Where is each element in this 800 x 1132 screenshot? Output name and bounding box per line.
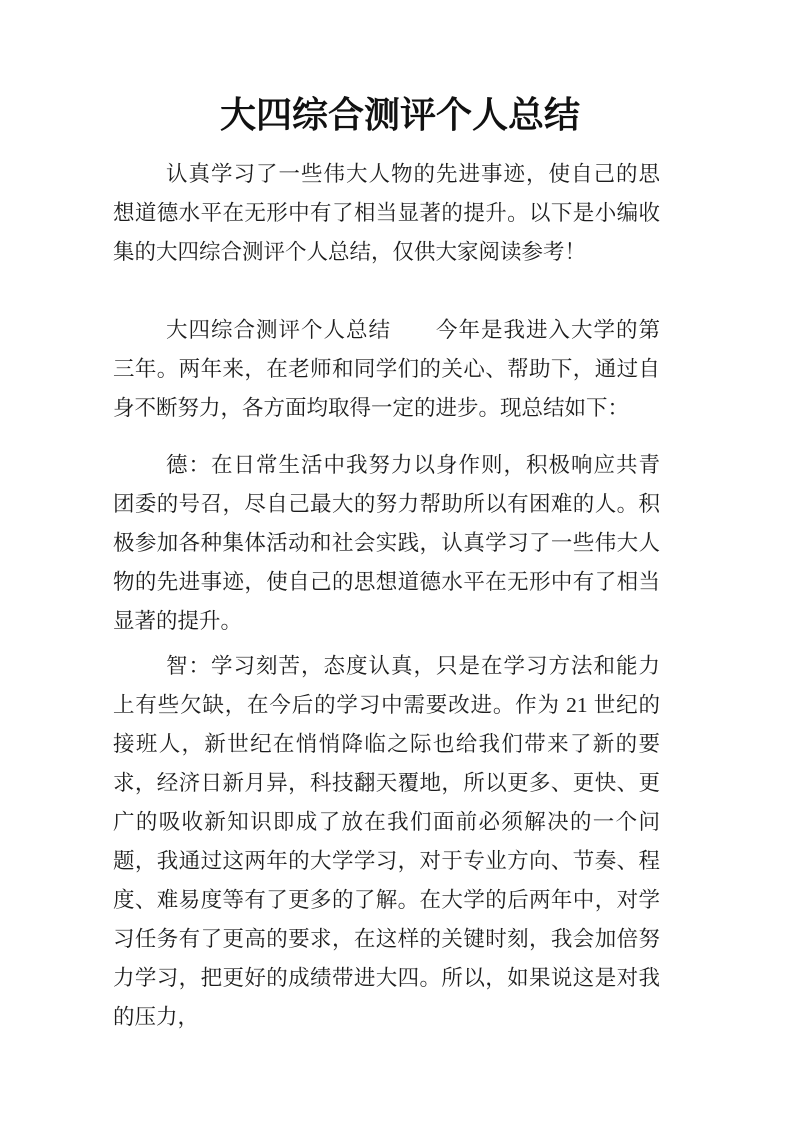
- page-title: 大四综合测评个人总结: [0, 0, 800, 138]
- paragraph-section-zhi: 智：学习刻苦，态度认真，只是在学习方法和能力上有些欠缺，在今后的学习中需要改进。…: [113, 647, 660, 1037]
- document-body: 认真学习了一些伟大人物的先进事迹，使自己的思想道德水平在无形中有了相当显著的提升…: [113, 155, 660, 1037]
- paragraph-intro: 认真学习了一些伟大人物的先进事迹，使自己的思想道德水平在无形中有了相当显著的提升…: [113, 155, 660, 272]
- document-page: 大四综合测评个人总结 认真学习了一些伟大人物的先进事迹，使自己的思想道德水平在无…: [0, 0, 800, 1132]
- paragraph-summary-opening: 大四综合测评个人总结 今年是我进入大学的第三年。两年来，在老师和同学们的关心、帮…: [113, 311, 660, 428]
- paragraph-section-de: 德：在日常生活中我努力以身作则，积极响应共青团委的号召，尽自己最大的努力帮助所以…: [113, 446, 660, 641]
